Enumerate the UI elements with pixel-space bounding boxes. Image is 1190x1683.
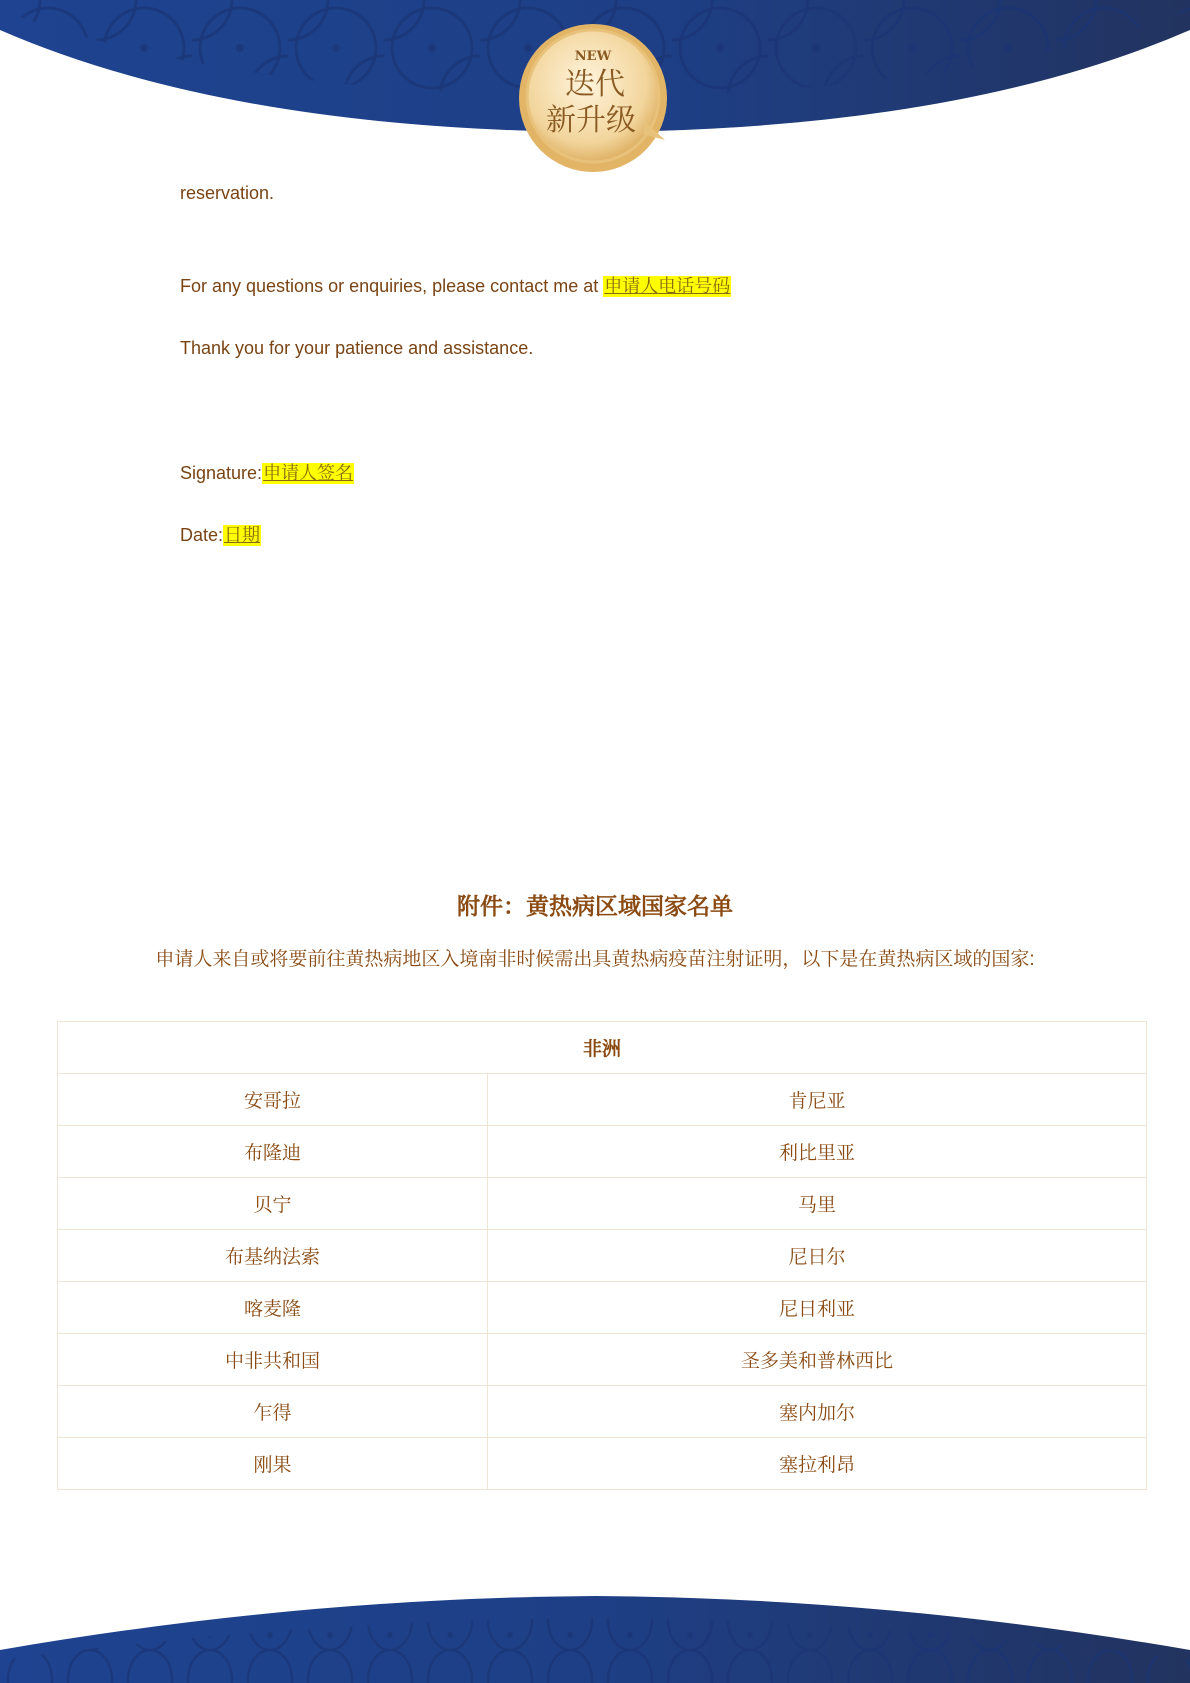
thanks-line: Thank you for your patience and assistan… [180, 337, 533, 359]
yellow-fever-country-table: 非洲 安哥拉 肯尼亚 布隆迪 利比里亚 贝宁 马里 布基纳法索 尼日尔 喀麦隆 … [57, 1021, 1147, 1490]
country-cell: 塞拉利昂 [488, 1438, 1147, 1490]
table-row: 布隆迪 利比里亚 [58, 1126, 1147, 1178]
country-cell: 喀麦隆 [58, 1282, 488, 1334]
country-cell: 乍得 [58, 1386, 488, 1438]
country-cell: 中非共和国 [58, 1334, 488, 1386]
table-row: 刚果 塞拉利昂 [58, 1438, 1147, 1490]
country-cell: 安哥拉 [58, 1074, 488, 1126]
country-cell: 布基纳法索 [58, 1230, 488, 1282]
date-label: Date: [180, 525, 223, 545]
table-header-row: 非洲 [58, 1022, 1147, 1074]
reservation-line: reservation. [180, 182, 274, 204]
country-cell: 肯尼亚 [488, 1074, 1147, 1126]
country-cell: 圣多美和普林西比 [488, 1334, 1147, 1386]
country-cell: 利比里亚 [488, 1126, 1147, 1178]
date-placeholder-field[interactable]: 日期 [223, 525, 261, 546]
table-row: 布基纳法索 尼日尔 [58, 1230, 1147, 1282]
new-upgrade-badge: NEW 迭代 新升级 [515, 22, 675, 177]
annex-title: 附件：黄热病区域国家名单 [0, 888, 1190, 921]
signature-placeholder-field[interactable]: 申请人签名 [262, 463, 354, 484]
country-cell: 塞内加尔 [488, 1386, 1147, 1438]
phone-placeholder-field[interactable]: 申请人电话号码 [603, 276, 731, 297]
table-header-africa: 非洲 [58, 1022, 1147, 1074]
svg-text:NEW: NEW [575, 49, 612, 64]
country-cell: 尼日尔 [488, 1230, 1147, 1282]
signature-label: Signature: [180, 463, 262, 483]
annex-intro: 申请人来自或将要前往黄热病地区入境南非时候需出具黄热病疫苗注射证明，以下是在黄热… [0, 944, 1190, 971]
svg-text:新升级: 新升级 [546, 103, 636, 138]
signature-line: Signature:申请人签名 [180, 462, 354, 485]
country-cell: 马里 [488, 1178, 1147, 1230]
table-row: 中非共和国 圣多美和普林西比 [58, 1334, 1147, 1386]
svg-text:迭代: 迭代 [565, 67, 625, 102]
table-row: 乍得 塞内加尔 [58, 1386, 1147, 1438]
country-cell: 布隆迪 [58, 1126, 488, 1178]
country-cell: 尼日利亚 [488, 1282, 1147, 1334]
table-row: 贝宁 马里 [58, 1178, 1147, 1230]
contact-prefix: For any questions or enquiries, please c… [180, 276, 603, 296]
date-line: Date:日期 [180, 524, 261, 547]
contact-line: For any questions or enquiries, please c… [180, 275, 731, 298]
table-row: 喀麦隆 尼日利亚 [58, 1282, 1147, 1334]
country-cell: 贝宁 [58, 1178, 488, 1230]
table-row: 安哥拉 肯尼亚 [58, 1074, 1147, 1126]
footer-decorative-band [0, 1590, 1190, 1683]
country-cell: 刚果 [58, 1438, 488, 1490]
